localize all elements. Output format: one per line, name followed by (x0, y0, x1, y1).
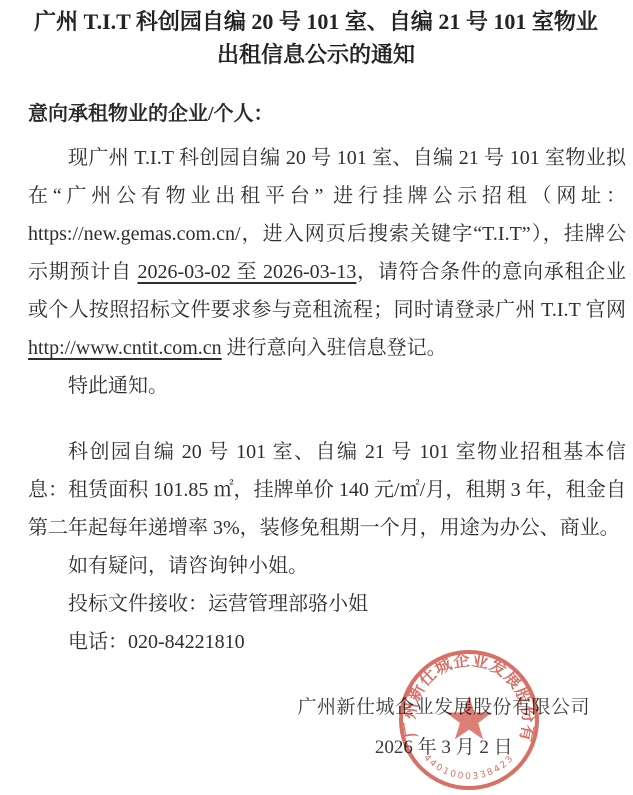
signature-date: 2026 年 3 月 2 日 (297, 737, 590, 759)
document-page: 广州 T.I.T 科创园自编 20 号 101 室、自编 21 号 101 室物… (0, 0, 633, 795)
listing-text-end: 进行意向入驻信息登记。 (222, 337, 447, 359)
phone-line: 电话：020-84221810 (28, 623, 626, 661)
paragraph-basic-info: 科创园自编 20 号 101 室、自编 21 号 101 室物业招租基本信息：租… (28, 433, 626, 547)
paragraph-listing-info: 现广州 T.I.T 科创园自编 20 号 101 室、自编 21 号 101 室… (28, 139, 626, 367)
title-line-1: 广州 T.I.T 科创园自编 20 号 101 室、自编 21 号 101 室物… (28, 5, 604, 38)
inquiry-line: 如有疑问，请咨询钟小姐。 (28, 547, 626, 585)
listing-date-range: 2026-03-02 至 2026-03-13 (137, 261, 356, 283)
tit-website-link[interactable]: http://www.cntit.com.cn (28, 337, 222, 359)
bid-reception-line: 投标文件接收：运营管理部骆小姐 (28, 585, 626, 623)
salutation: 意向承租物业的企业/个人： (28, 101, 626, 127)
title-line-2: 出租信息公示的通知 (28, 38, 604, 71)
signature-block: 广州新仕城企业发展股份有限公司 2026 年 3 月 2 日 (297, 697, 590, 759)
page-title: 广州 T.I.T 科创园自编 20 号 101 室、自编 21 号 101 室物… (28, 5, 604, 71)
notice-line: 特此通知。 (28, 367, 626, 405)
company-name: 广州新仕城企业发展股份有限公司 (297, 697, 590, 719)
